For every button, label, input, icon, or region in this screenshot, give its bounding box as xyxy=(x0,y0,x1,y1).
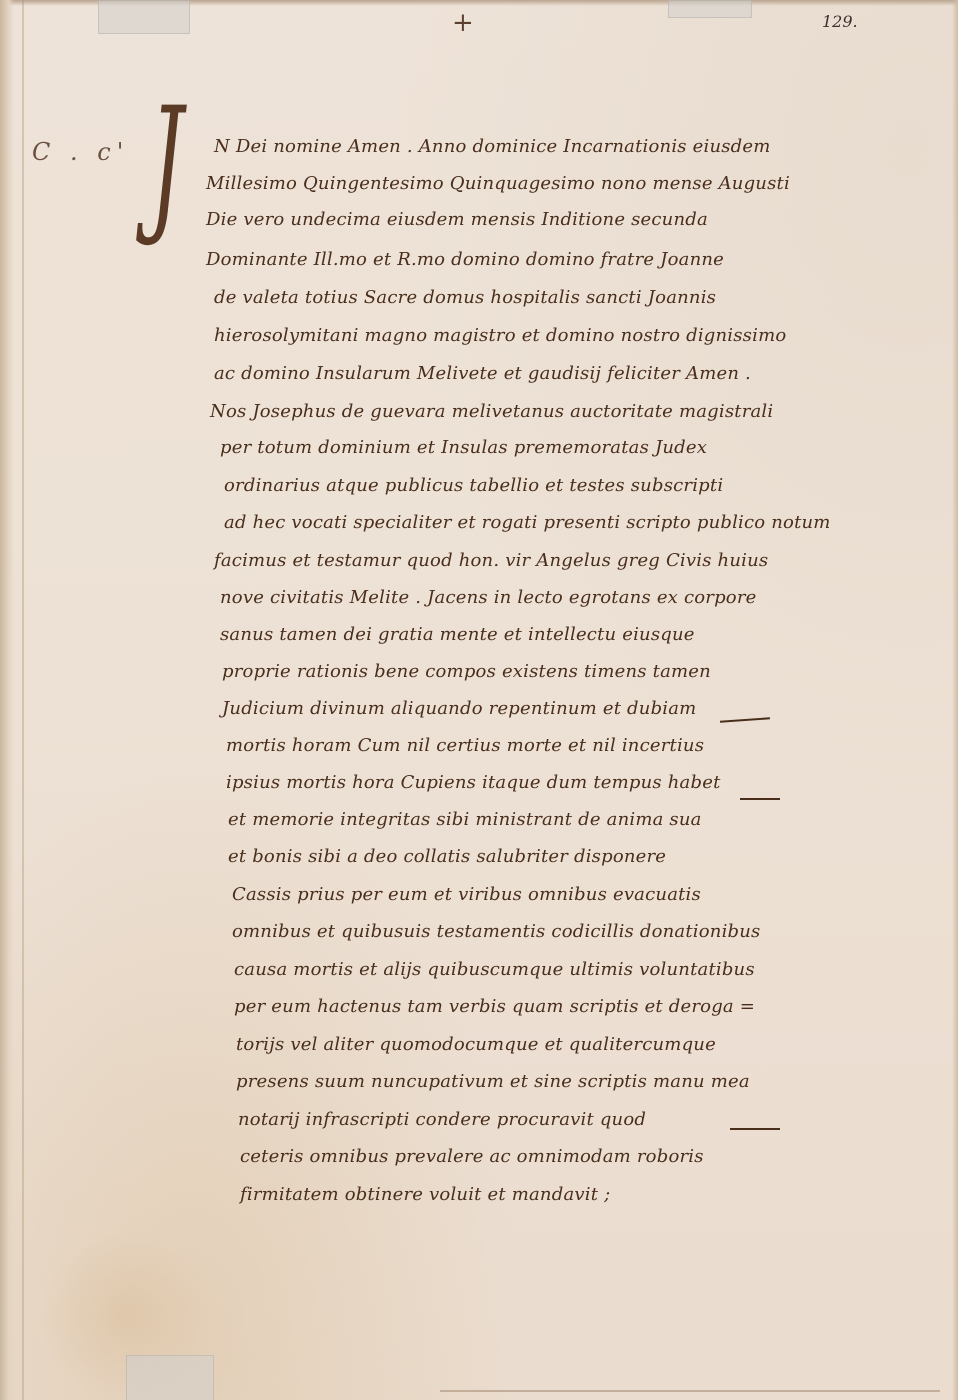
text-line: et bonis sibi a deo collatis salubriter … xyxy=(228,846,666,867)
text-line: Judicium divinum aliquando repentinum et… xyxy=(222,698,696,719)
text-line: et memorie integritas sibi ministrant de… xyxy=(228,809,702,830)
text-line: N Dei nomine Amen . Anno dominice Incarn… xyxy=(214,136,771,157)
text-line: hierosolymitani magno magistro et domino… xyxy=(214,325,786,346)
mounting-tape xyxy=(126,1355,214,1400)
mounting-tape xyxy=(668,0,752,18)
text-line: per eum hactenus tam verbis quam scripti… xyxy=(234,996,755,1017)
text-line: Dominante Ill.mo et R.mo domino domino f… xyxy=(206,249,724,270)
text-line: nove civitatis Melite . Jacens in lecto … xyxy=(220,587,756,608)
text-line: proprie rationis bene compos existens ti… xyxy=(222,661,711,682)
text-line: ordinarius atque publicus tabellio et te… xyxy=(224,475,723,496)
text-line: ipsius mortis hora Cupiens itaque dum te… xyxy=(226,772,721,793)
text-line: Cassis prius per eum et viribus omnibus … xyxy=(232,884,701,905)
text-line: torijs vel aliter quomodocumque et quali… xyxy=(236,1034,716,1055)
page-left-edge xyxy=(0,0,14,1400)
line-filler-stroke xyxy=(720,717,770,722)
decorated-initial: J xyxy=(150,88,183,238)
text-line: facimus et testamur quod hon. vir Angelu… xyxy=(214,550,768,571)
manuscript-page: + 129. C . c' J N Dei nomine Amen . Anno… xyxy=(0,0,958,1400)
text-line: causa mortis et alijs quibuscumque ultim… xyxy=(234,959,755,980)
text-line: Millesimo Quingentesimo Quinquagesimo no… xyxy=(206,173,790,194)
line-filler-stroke xyxy=(730,1128,780,1130)
mounting-tape xyxy=(98,0,190,34)
page-bottom-edge xyxy=(440,1390,940,1392)
text-line: ceteris omnibus prevalere ac omnimodam r… xyxy=(240,1146,704,1167)
text-line: per totum dominium et Insulas prememorat… xyxy=(220,437,707,458)
text-line: ad hec vocati specialiter et rogati pres… xyxy=(224,512,831,533)
line-filler-stroke xyxy=(740,798,780,800)
page-right-edge xyxy=(952,0,958,1400)
folio-number: 129. xyxy=(822,12,858,31)
text-line: firmitatem obtinere voluit et mandavit ; xyxy=(240,1184,610,1205)
text-line: de valeta totius Sacre domus hospitalis … xyxy=(214,287,716,308)
text-line: sanus tamen dei gratia mente et intellec… xyxy=(220,624,695,645)
text-line: Die vero undecima eiusdem mensis Inditio… xyxy=(206,209,708,230)
text-line: ac domino Insularum Melivete et gaudisij… xyxy=(214,363,751,384)
page-left-fold xyxy=(22,0,24,1400)
text-line: mortis horam Cum nil certius morte et ni… xyxy=(226,735,704,756)
text-line: notarij infrascripti condere procuravit … xyxy=(238,1109,646,1130)
margin-note: C . c' xyxy=(32,138,129,166)
text-line: presens suum nuncupativum et sine script… xyxy=(236,1071,750,1092)
text-line: Nos Josephus de guevara melivetanus auct… xyxy=(210,401,773,422)
text-line: omnibus et quibusuis testamentis codicil… xyxy=(232,921,761,942)
cross-mark: + xyxy=(452,10,474,36)
